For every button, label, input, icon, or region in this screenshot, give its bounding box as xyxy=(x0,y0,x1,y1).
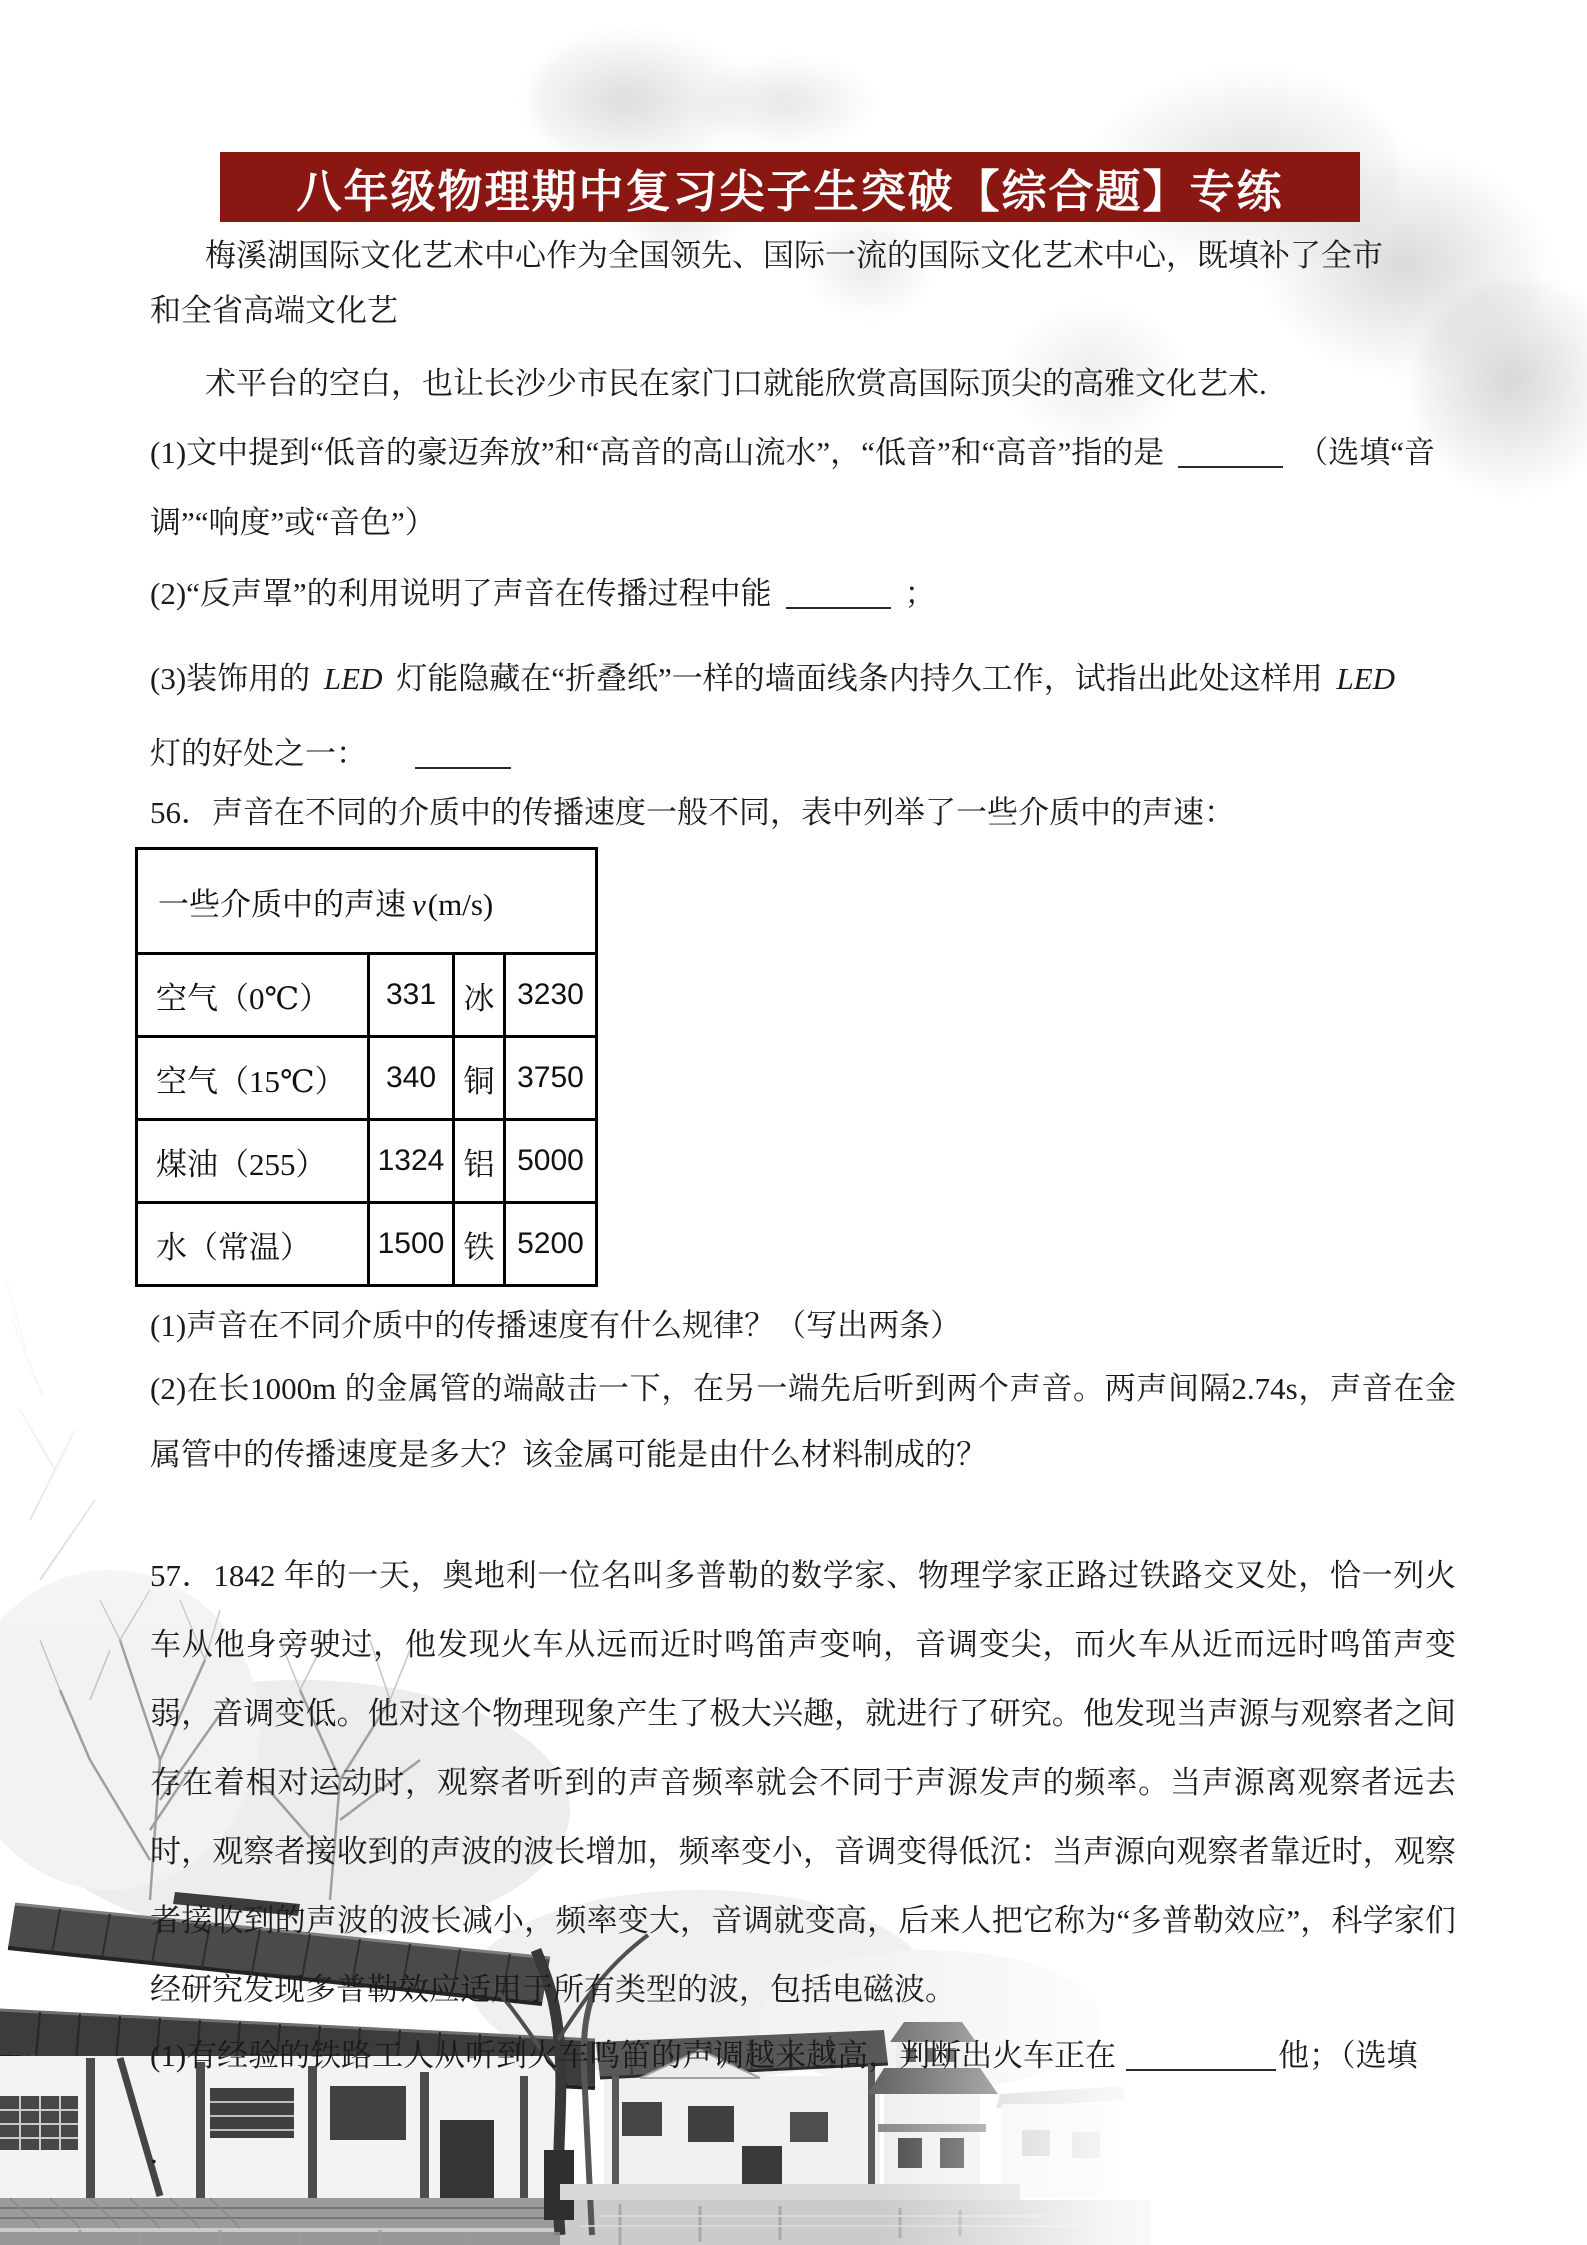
question-2-line: (2)“反声罩”的利用说明了声音在传播过程中能； xyxy=(150,561,936,627)
sound-speed-table: 一些介质中的声速v(m/s) 空气（0℃） 331 冰 3230 空气（15℃）… xyxy=(135,847,598,1287)
speed-cell: 3750 xyxy=(505,1037,597,1120)
question-57-sub1-text: (1)有经验的铁路工人从听到火车鸣笛的声调越来越高，判断出火车正在 xyxy=(150,2038,1116,2073)
question-57-stem: 57．1842 年的一天，奥地利一位名叫多普勒的数学家、物理学家正路过铁路交叉处… xyxy=(150,1541,1456,2024)
medium-cell: 冰 xyxy=(454,954,505,1037)
intro-line-3: 术平台的空白，也让长沙少市民在家门口就能欣赏高国际顶尖的高雅文化艺术. xyxy=(150,351,1267,417)
question-3-line-1: (3)装饰用的 LED 灯能隐藏在“折叠纸”一样的墙面线条内持久工作，试指出此处… xyxy=(150,646,1401,712)
question-56-sub2: (2)在长1000m 的金属管的端敲击一下，在另一端先后听到两个声音。两声间隔2… xyxy=(150,1356,1456,1488)
question-1-line-2: 调”“响度”或“音色”） xyxy=(150,490,436,556)
medium-cell: 空气（15℃） xyxy=(137,1037,369,1120)
speed-cell: 1500 xyxy=(369,1203,454,1286)
led-abbrev: LED xyxy=(318,661,389,696)
table-header-row: 一些介质中的声速v(m/s) xyxy=(137,849,597,954)
question-56-sub1: (1)声音在不同介质中的传播速度有什么规律？（写出两条） xyxy=(150,1293,961,1359)
question-3-text-cont: 灯的好处之一： xyxy=(150,736,367,771)
page-title: 八年级物理期中复习尖子生突破【综合题】专练 xyxy=(296,155,1283,220)
medium-cell: 铝 xyxy=(454,1120,505,1203)
stray-period-mark: . xyxy=(150,2120,158,2186)
speed-cell: 5000 xyxy=(505,1120,597,1203)
speed-cell: 1324 xyxy=(369,1120,454,1203)
table-title-cell: 一些介质中的声速v(m/s) xyxy=(137,849,597,954)
question-3-text: 灯能隐藏在“折叠纸”一样的墙面线条内持久工作，试指出此处这样用 xyxy=(388,661,1330,696)
led-abbrev: LED xyxy=(1331,661,1402,696)
question-1-text: (1)文中提到“低音的豪迈奔放”和“高音的高山流水”，“低音”和“高音”指的是 xyxy=(150,435,1164,470)
answer-blank xyxy=(1126,2039,1276,2071)
intro-line-2: 和全省高端文化艺 xyxy=(150,278,398,344)
question-2-text: (2)“反声罩”的利用说明了声音在传播过程中能 xyxy=(150,576,772,611)
answer-blank xyxy=(415,737,511,769)
speed-unit: (m/s) xyxy=(428,887,493,922)
answer-blank xyxy=(786,577,891,609)
table-row: 空气（15℃） 340 铜 3750 xyxy=(137,1037,597,1120)
table-row: 水（常温） 1500 铁 5200 xyxy=(137,1203,597,1286)
worksheet-page: 八年级物理期中复习尖子生突破【综合题】专练 梅溪湖国际文化艺术中心作为全国领先、… xyxy=(0,0,1587,2245)
speed-cell: 3230 xyxy=(505,954,597,1037)
table-row: 煤油（255） 1324 铝 5000 xyxy=(137,1120,597,1203)
question-3-line-2: 灯的好处之一： xyxy=(150,721,511,787)
table-title: 一些介质中的声速 xyxy=(158,887,406,922)
question-56-stem: 56．声音在不同的介质中的传播速度一般不同，表中列举了一些介质中的声速： xyxy=(150,780,1235,846)
medium-cell: 铜 xyxy=(454,1037,505,1120)
table-row: 空气（0℃） 331 冰 3230 xyxy=(137,954,597,1037)
speed-cell: 5200 xyxy=(505,1203,597,1286)
document-content: 八年级物理期中复习尖子生突破【综合题】专练 梅溪湖国际文化艺术中心作为全国领先、… xyxy=(0,0,1587,2245)
question-1-line-1: (1)文中提到“低音的豪迈奔放”和“高音的高山流水”，“低音”和“高音”指的是（… xyxy=(150,420,1435,486)
question-1-text-after-blank: （选填“音 xyxy=(1297,435,1435,470)
question-2-text-after-blank: ； xyxy=(905,576,936,611)
speed-symbol: v xyxy=(406,887,428,922)
speed-cell: 331 xyxy=(369,954,454,1037)
speed-cell: 340 xyxy=(369,1037,454,1120)
page-title-banner: 八年级物理期中复习尖子生突破【综合题】专练 xyxy=(220,152,1360,222)
medium-cell: 煤油（255） xyxy=(137,1120,369,1203)
question-57-sub1: (1)有经验的铁路工人从听到火车鸣笛的声调越来越高，判断出火车正在他；（选填 xyxy=(150,2023,1418,2089)
question-3-text: (3)装饰用的 xyxy=(150,661,318,696)
question-57-sub1-text-after-blank: 他；（选填 xyxy=(1278,2038,1418,2073)
medium-cell: 水（常温） xyxy=(137,1203,369,1286)
medium-cell: 空气（0℃） xyxy=(137,954,369,1037)
answer-blank xyxy=(1178,436,1283,468)
medium-cell: 铁 xyxy=(454,1203,505,1286)
